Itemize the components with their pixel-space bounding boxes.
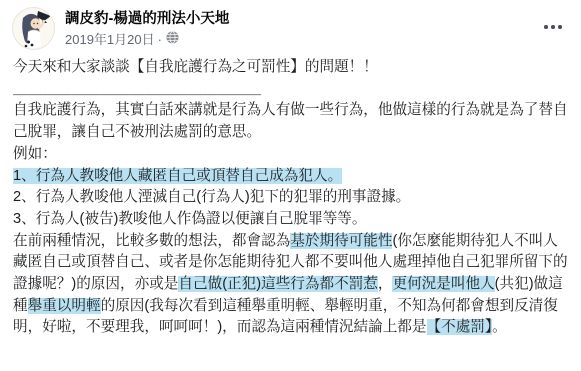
post-line: 例如： xyxy=(13,144,568,166)
more-options-button[interactable] xyxy=(539,14,567,36)
highlighted-text: 舉重以明輕 xyxy=(28,298,101,314)
post-line: 自我庇護行為，其實白話來講就是行為人有做一些行為，他做這樣的行為就是為了替自己脫… xyxy=(13,100,568,143)
text-segment: ， xyxy=(378,276,393,292)
text-segment: 例如： xyxy=(13,146,57,162)
more-options-icon xyxy=(543,16,563,34)
globe-icon xyxy=(166,31,179,48)
text-segment: 自我庇護行為，其實白話來講就是行為人有做一些行為，他做這樣的行為就是為了替自己脫… xyxy=(13,102,568,140)
text-segment: 今天來和大家談談【自我庇護行為之可罰性】的問題！！ xyxy=(13,59,378,75)
page-name[interactable]: 調皮豹-楊過的刑法小天地 xyxy=(65,10,229,28)
highlighted-text: 【不處罰】 xyxy=(427,319,493,335)
highlighted-text: 更何況是叫他人 xyxy=(392,276,494,292)
highlighted-text: 1、行為人教唆他人藏匿自己或頂替自己成為犯人。 xyxy=(13,168,342,184)
highlighted-text: 自己做(正犯)這些行為都不罰惹 xyxy=(178,276,377,292)
header-text-block: 調皮豹-楊過的刑法小天地 2019年1月20日 · xyxy=(65,7,229,48)
page-avatar[interactable] xyxy=(12,7,55,50)
dot-separator: · xyxy=(158,32,162,48)
text-segment: 在前兩種情況，比較多數的想法，都會認為 xyxy=(13,233,290,249)
post-line: 在前兩種情況，比較多數的想法，都會認為基於期待可能性(你怎麼能期待犯人不叫人藏匿… xyxy=(13,231,568,340)
post-date[interactable]: 2019年1月20日 xyxy=(65,32,155,48)
text-segment: 3、行為人(被告)教唆他人作偽證以便讓自己脫罪等等。 xyxy=(13,211,367,227)
post-body: 今天來和大家談談【自我庇護行為之可罰性】的問題！！＿＿＿＿＿＿＿＿＿＿＿＿＿＿＿… xyxy=(0,50,581,339)
post-header: 調皮豹-楊過的刑法小天地 2019年1月20日 · xyxy=(0,0,581,50)
text-segment: 。 xyxy=(492,319,507,335)
post-line: 3、行為人(被告)教唆他人作偽證以便讓自己脫罪等等。 xyxy=(13,209,568,231)
text-segment: 2、行為人教唆他人湮滅自己(行為人)犯下的犯罪的刑事證據。 xyxy=(13,189,410,205)
facebook-post-page: { "header": { "page_name": "調皮豹-楊過的刑法小天地… xyxy=(0,0,581,371)
post-line: 2、行為人教唆他人湮滅自己(行為人)犯下的犯罪的刑事證據。 xyxy=(13,187,568,209)
highlighted-text: 基於期待可能性 xyxy=(290,233,392,249)
post-line: 今天來和大家談談【自我庇護行為之可罰性】的問題！！ xyxy=(13,57,568,79)
post-meta-row: 2019年1月20日 · xyxy=(65,31,229,48)
text-segment: ＿＿＿＿＿＿＿＿＿＿＿＿＿＿＿＿＿ xyxy=(13,81,261,97)
post-line: 1、行為人教唆他人藏匿自己或頂替自己成為犯人。 xyxy=(13,166,568,188)
divider-line: ＿＿＿＿＿＿＿＿＿＿＿＿＿＿＿＿＿ xyxy=(13,79,568,101)
avatar-cartoon-image xyxy=(13,8,54,49)
